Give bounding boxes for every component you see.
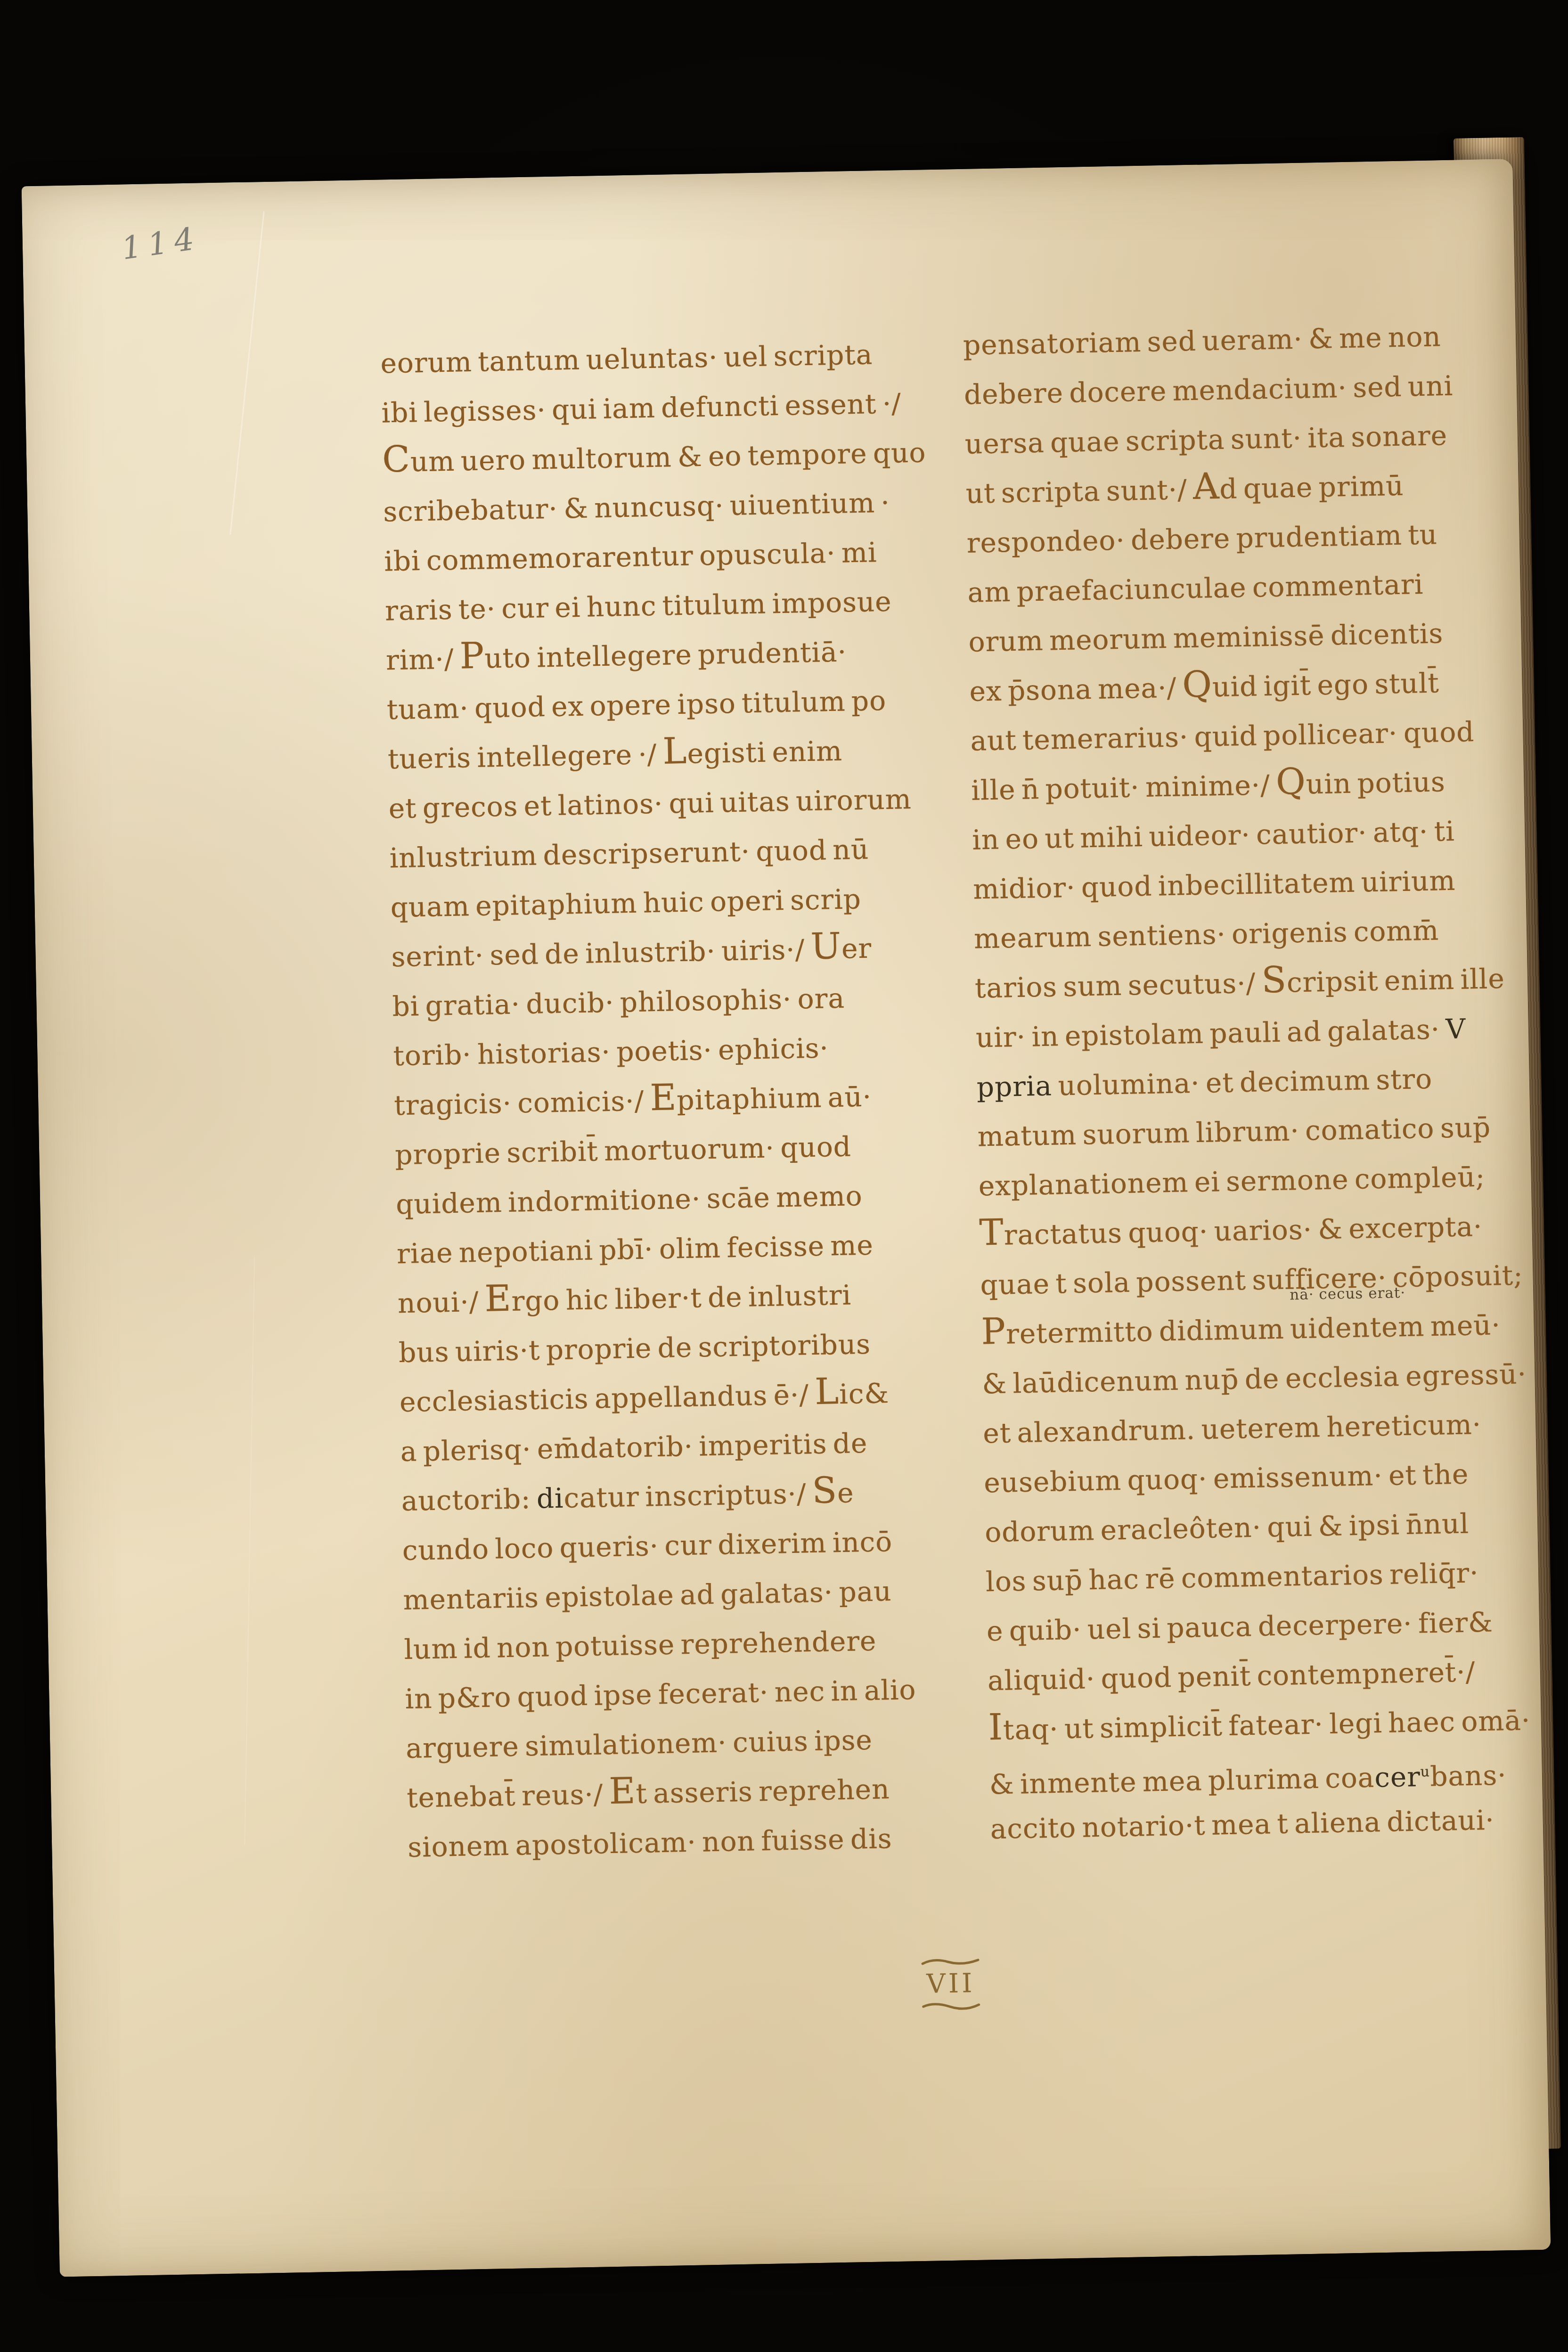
quire-signature: VII [889,1966,1012,2001]
parchment-crease [244,1257,255,1846]
parchment-crease [229,211,265,535]
quire-signature-block: VII [889,1955,1013,2013]
flourish-icon [920,1956,981,1968]
photo-background: 114 eorum tantum ueluntas· uel scriptaib… [0,0,1568,2352]
interlinear-gloss: nā· cecus erat· [1290,1286,1405,1303]
manuscript-page: 114 eorum tantum ueluntas· uel scriptaib… [22,159,1551,2277]
manuscript-line: accito notario·t mea t aliena dictaui· [990,1794,1563,1854]
text-column-left: eorum tantum ueluntas· uel scriptaibi le… [380,327,1035,1872]
flourish-icon [921,2000,982,2012]
text-column-right: pensatoriam sed ueram· & me nondebere do… [963,310,1563,1854]
folio-number: 114 [119,220,203,267]
